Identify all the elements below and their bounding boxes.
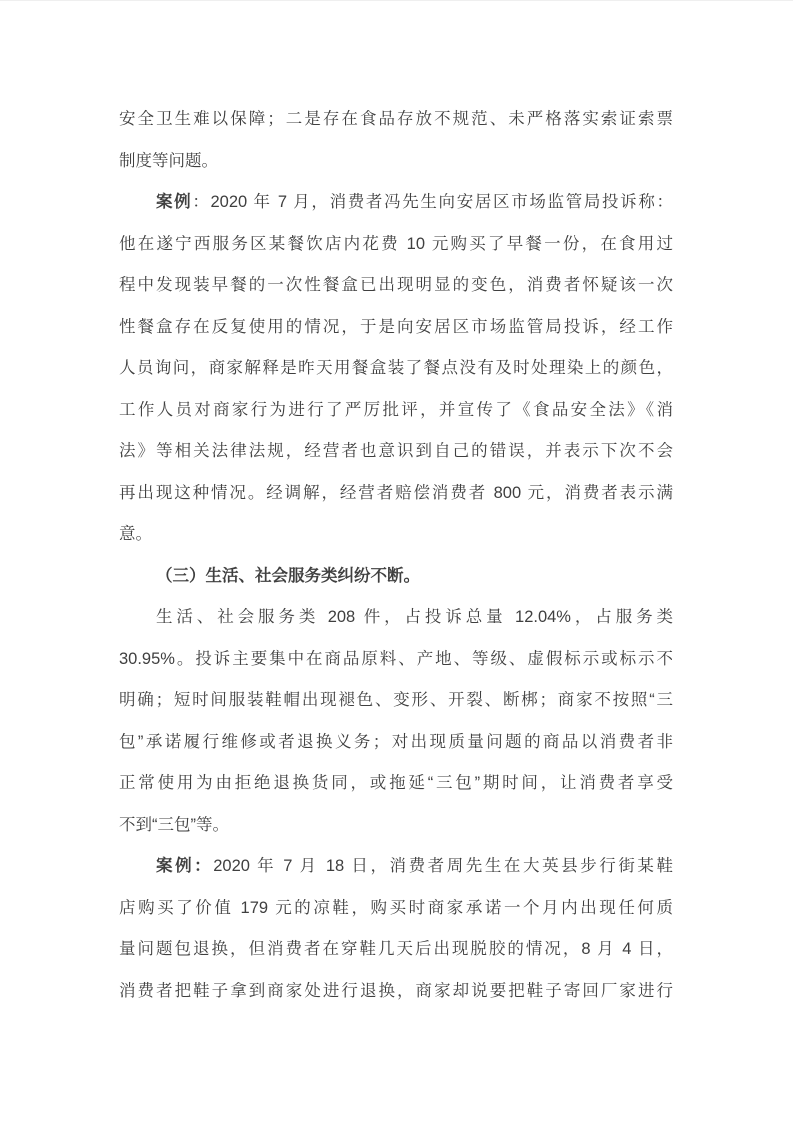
text-line: 案例：2020 年 7 月，消费者冯先生向安居区市场监管局投诉称： — [119, 182, 673, 224]
text-run: ：2020 年 7 月，消费者冯先生向安居区市场监管局投诉称： — [192, 193, 673, 211]
paragraph-case-lunchbox: 案例：2020 年 7 月，消费者冯先生向安居区市场监管局投诉称：他在遂宁西服务… — [119, 182, 673, 556]
text-run: 消费者把鞋子拿到商家处进行退换，商家却说要把鞋子寄回厂家进行 — [119, 982, 673, 1000]
text-line: 人员询问，商家解释是昨天用餐盒装了餐点没有及时处理染上的颜色， — [119, 348, 673, 390]
text-line: 再出现这种情况。经调解，经营者赔偿消费者 800 元，消费者表示满 — [119, 473, 673, 515]
text-run: 正常使用为由拒绝退换货同，或拖延“三包”期时间，让消费者享受 — [119, 774, 673, 792]
text-line: 工作人员对商家行为进行了严厉批评，并宣传了《食品安全法》《消 — [119, 390, 673, 432]
text-line: 不到“三包”等。 — [119, 805, 673, 847]
text-line: 30.95%。投诉主要集中在商品原料、产地、等级、虚假标示或标示不 — [119, 639, 673, 681]
text-line: 案例：2020 年 7 月 18 日，消费者周先生在大英县步行街某鞋 — [119, 846, 673, 888]
paragraph-life-service-stats: 生活、社会服务类 208 件，占投诉总量 12.04%，占服务类30.95%。投… — [119, 597, 673, 846]
text-run: 制度等问题。 — [119, 152, 218, 170]
text-run: 意。 — [119, 525, 152, 543]
text-line: （三）生活、社会服务类纠纷不断。 — [119, 556, 673, 598]
document-text-body: 安全卫生难以保障；二是存在食品存放不规范、未严格落实索证索票制度等问题。案例：2… — [119, 0, 673, 1012]
text-run: 人员询问，商家解释是昨天用餐盒装了餐点没有及时处理染上的颜色， — [119, 359, 673, 377]
text-run: 明确；短时间服装鞋帽出现褪色、变形、开裂、断梆；商家不按照“三 — [119, 691, 673, 709]
text-line: 制度等问题。 — [119, 141, 673, 183]
text-line: 明确；短时间服装鞋帽出现褪色、变形、开裂、断梆；商家不按照“三 — [119, 680, 673, 722]
document-page: 安全卫生难以保障；二是存在食品存放不规范、未严格落实索证索票制度等问题。案例：2… — [0, 0, 793, 1122]
text-line: 性餐盒存在反复使用的情况，于是向安居区市场监管局投诉，经工作 — [119, 307, 673, 349]
text-line: 生活、社会服务类 208 件，占投诉总量 12.04%，占服务类 — [119, 597, 673, 639]
text-run: 包”承诺履行维修或者退换义务；对出现质量问题的商品以消费者非 — [119, 733, 673, 751]
text-run: 再出现这种情况。经调解，经营者赔偿消费者 800 元，消费者表示满 — [119, 484, 673, 502]
text-run: 性餐盒存在反复使用的情况，于是向安居区市场监管局投诉，经工作 — [119, 318, 673, 336]
text-run: 店购买了价值 179 元的凉鞋，购买时商家承诺一个月内出现任何质 — [119, 899, 673, 917]
text-run: 不到“三包”等。 — [119, 816, 229, 834]
bold-text-run: 案例 — [156, 193, 192, 211]
text-run: 程中发现装早餐的一次性餐盒已出现明显的变色，消费者怀疑该一次 — [119, 276, 673, 294]
text-line: 法》等相关法律法规，经营者也意识到自己的错误，并表示下次不会 — [119, 431, 673, 473]
text-line: 量问题包退换，但消费者在穿鞋几天后出现脱胶的情况，8 月 4 日， — [119, 929, 673, 971]
text-run: 30.95%。投诉主要集中在商品原料、产地、等级、虚假标示或标示不 — [119, 650, 673, 668]
text-run: 法》等相关法律法规，经营者也意识到自己的错误，并表示下次不会 — [119, 442, 673, 460]
text-run: 工作人员对商家行为进行了严厉批评，并宣传了《食品安全法》《消 — [119, 401, 673, 419]
paragraph-case-sandals: 案例：2020 年 7 月 18 日，消费者周先生在大英县步行街某鞋店购买了价值… — [119, 846, 673, 1012]
text-run: 2020 年 7 月 18 日，消费者周先生在大英县步行街某鞋 — [213, 857, 673, 875]
paragraph-continued-food-safety: 安全卫生难以保障；二是存在食品存放不规范、未严格落实索证索票制度等问题。 — [119, 99, 673, 182]
text-run: 生活、社会服务类 208 件，占投诉总量 12.04%，占服务类 — [156, 608, 673, 626]
text-line: 他在遂宁西服务区某餐饮店内花费 10 元购买了早餐一份，在食用过 — [119, 224, 673, 266]
text-run: 量问题包退换，但消费者在穿鞋几天后出现脱胶的情况，8 月 4 日， — [119, 940, 673, 958]
text-run: 他在遂宁西服务区某餐饮店内花费 10 元购买了早餐一份，在食用过 — [119, 235, 673, 253]
text-line: 程中发现装早餐的一次性餐盒已出现明显的变色，消费者怀疑该一次 — [119, 265, 673, 307]
text-line: 店购买了价值 179 元的凉鞋，购买时商家承诺一个月内出现任何质 — [119, 888, 673, 930]
text-line: 正常使用为由拒绝退换货同，或拖延“三包”期时间，让消费者享受 — [119, 763, 673, 805]
bold-text-run: （三）生活、社会服务类纠纷不断。 — [156, 567, 420, 585]
heading-section-3: （三）生活、社会服务类纠纷不断。 — [119, 556, 673, 598]
text-line: 包”承诺履行维修或者退换义务；对出现质量问题的商品以消费者非 — [119, 722, 673, 764]
bold-text-run: 案例： — [156, 857, 213, 875]
text-run: 安全卫生难以保障；二是存在食品存放不规范、未严格落实索证索票 — [119, 110, 673, 128]
text-line: 安全卫生难以保障；二是存在食品存放不规范、未严格落实索证索票 — [119, 99, 673, 141]
text-line: 意。 — [119, 514, 673, 556]
text-line: 消费者把鞋子拿到商家处进行退换，商家却说要把鞋子寄回厂家进行 — [119, 971, 673, 1013]
